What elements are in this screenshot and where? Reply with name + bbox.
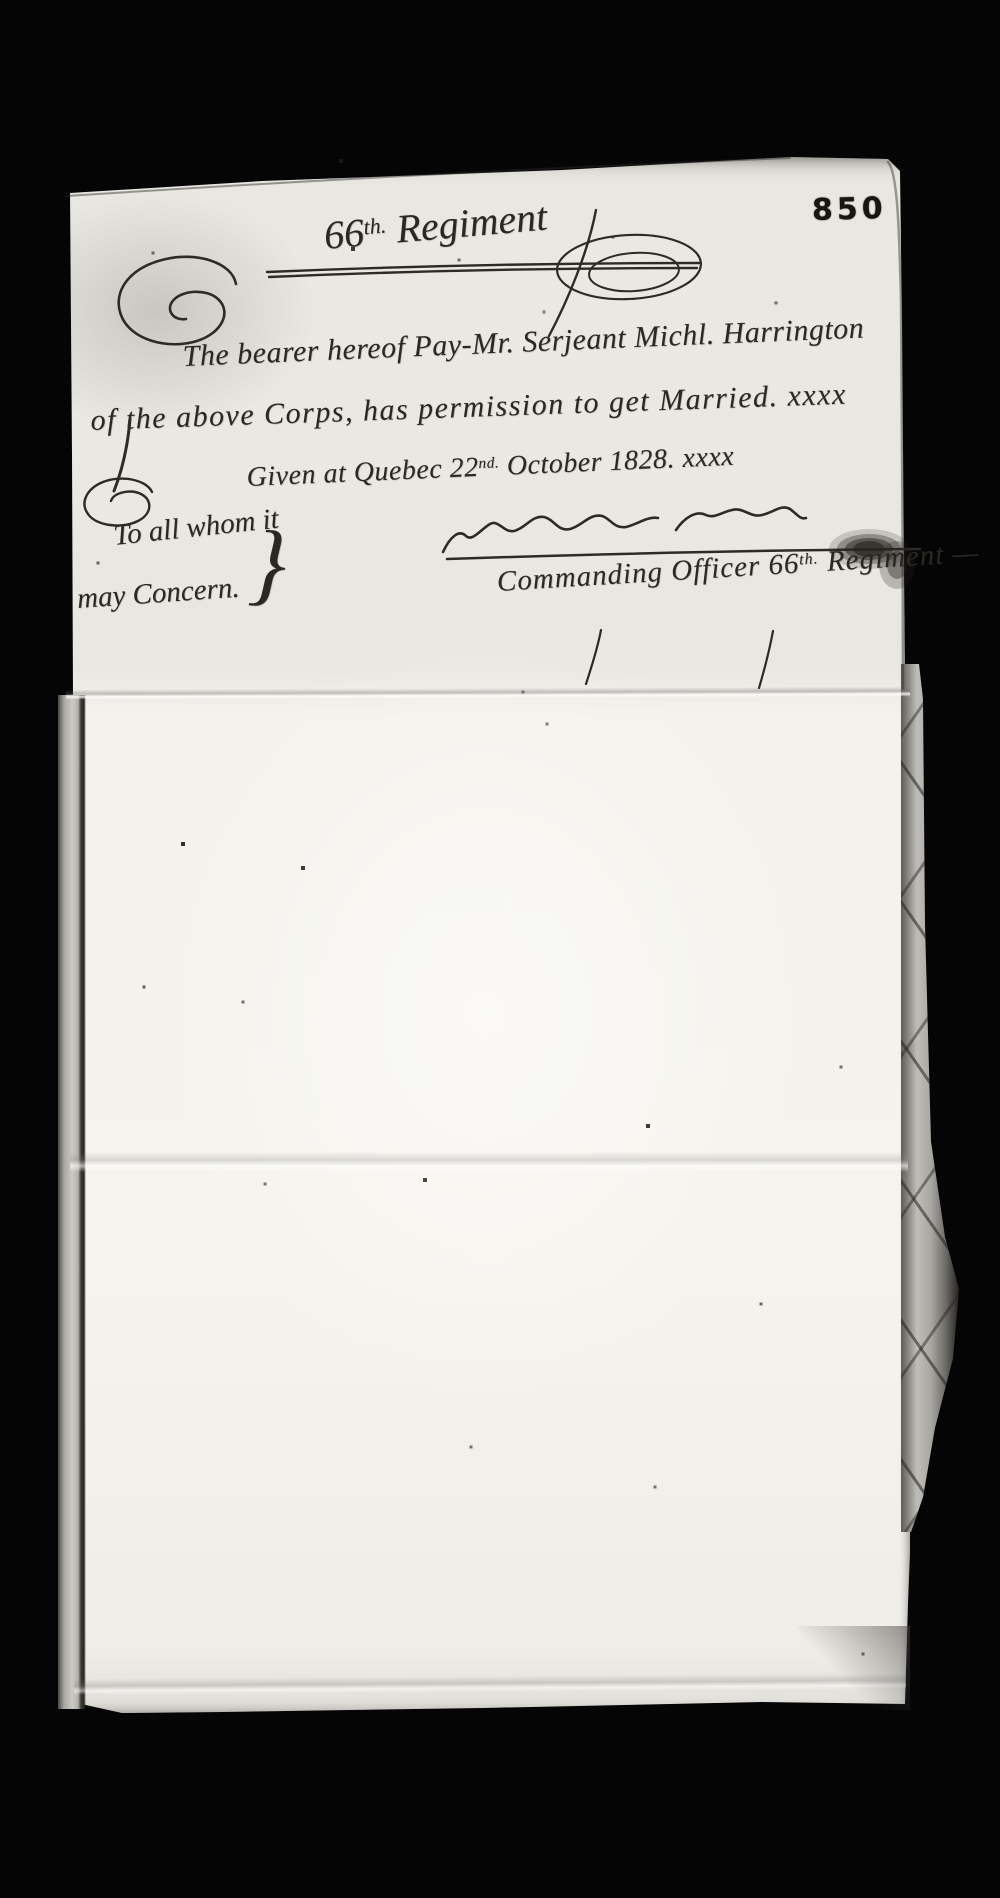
microfilm-background: 850 66th. Regiment The bearer hereof Pay… bbox=[0, 0, 1000, 1898]
paper-top-edge-line bbox=[66, 158, 790, 196]
signature-scrawl bbox=[443, 507, 806, 552]
corner-spiral-flourish bbox=[119, 257, 236, 344]
of-descender-stroke bbox=[114, 419, 130, 491]
signoff-descender-1 bbox=[586, 630, 601, 684]
header-underline bbox=[267, 263, 699, 277]
handwritten-content: 850 66th. Regiment The bearer hereof Pay… bbox=[0, 0, 1000, 1898]
handwriting-flourishes bbox=[0, 0, 1000, 1898]
header-flourish-oval-inner bbox=[588, 250, 680, 294]
signoff-descender-2 bbox=[759, 631, 773, 688]
paper-right-edge-line bbox=[888, 162, 903, 688]
concern-spiral-flourish bbox=[84, 479, 152, 526]
